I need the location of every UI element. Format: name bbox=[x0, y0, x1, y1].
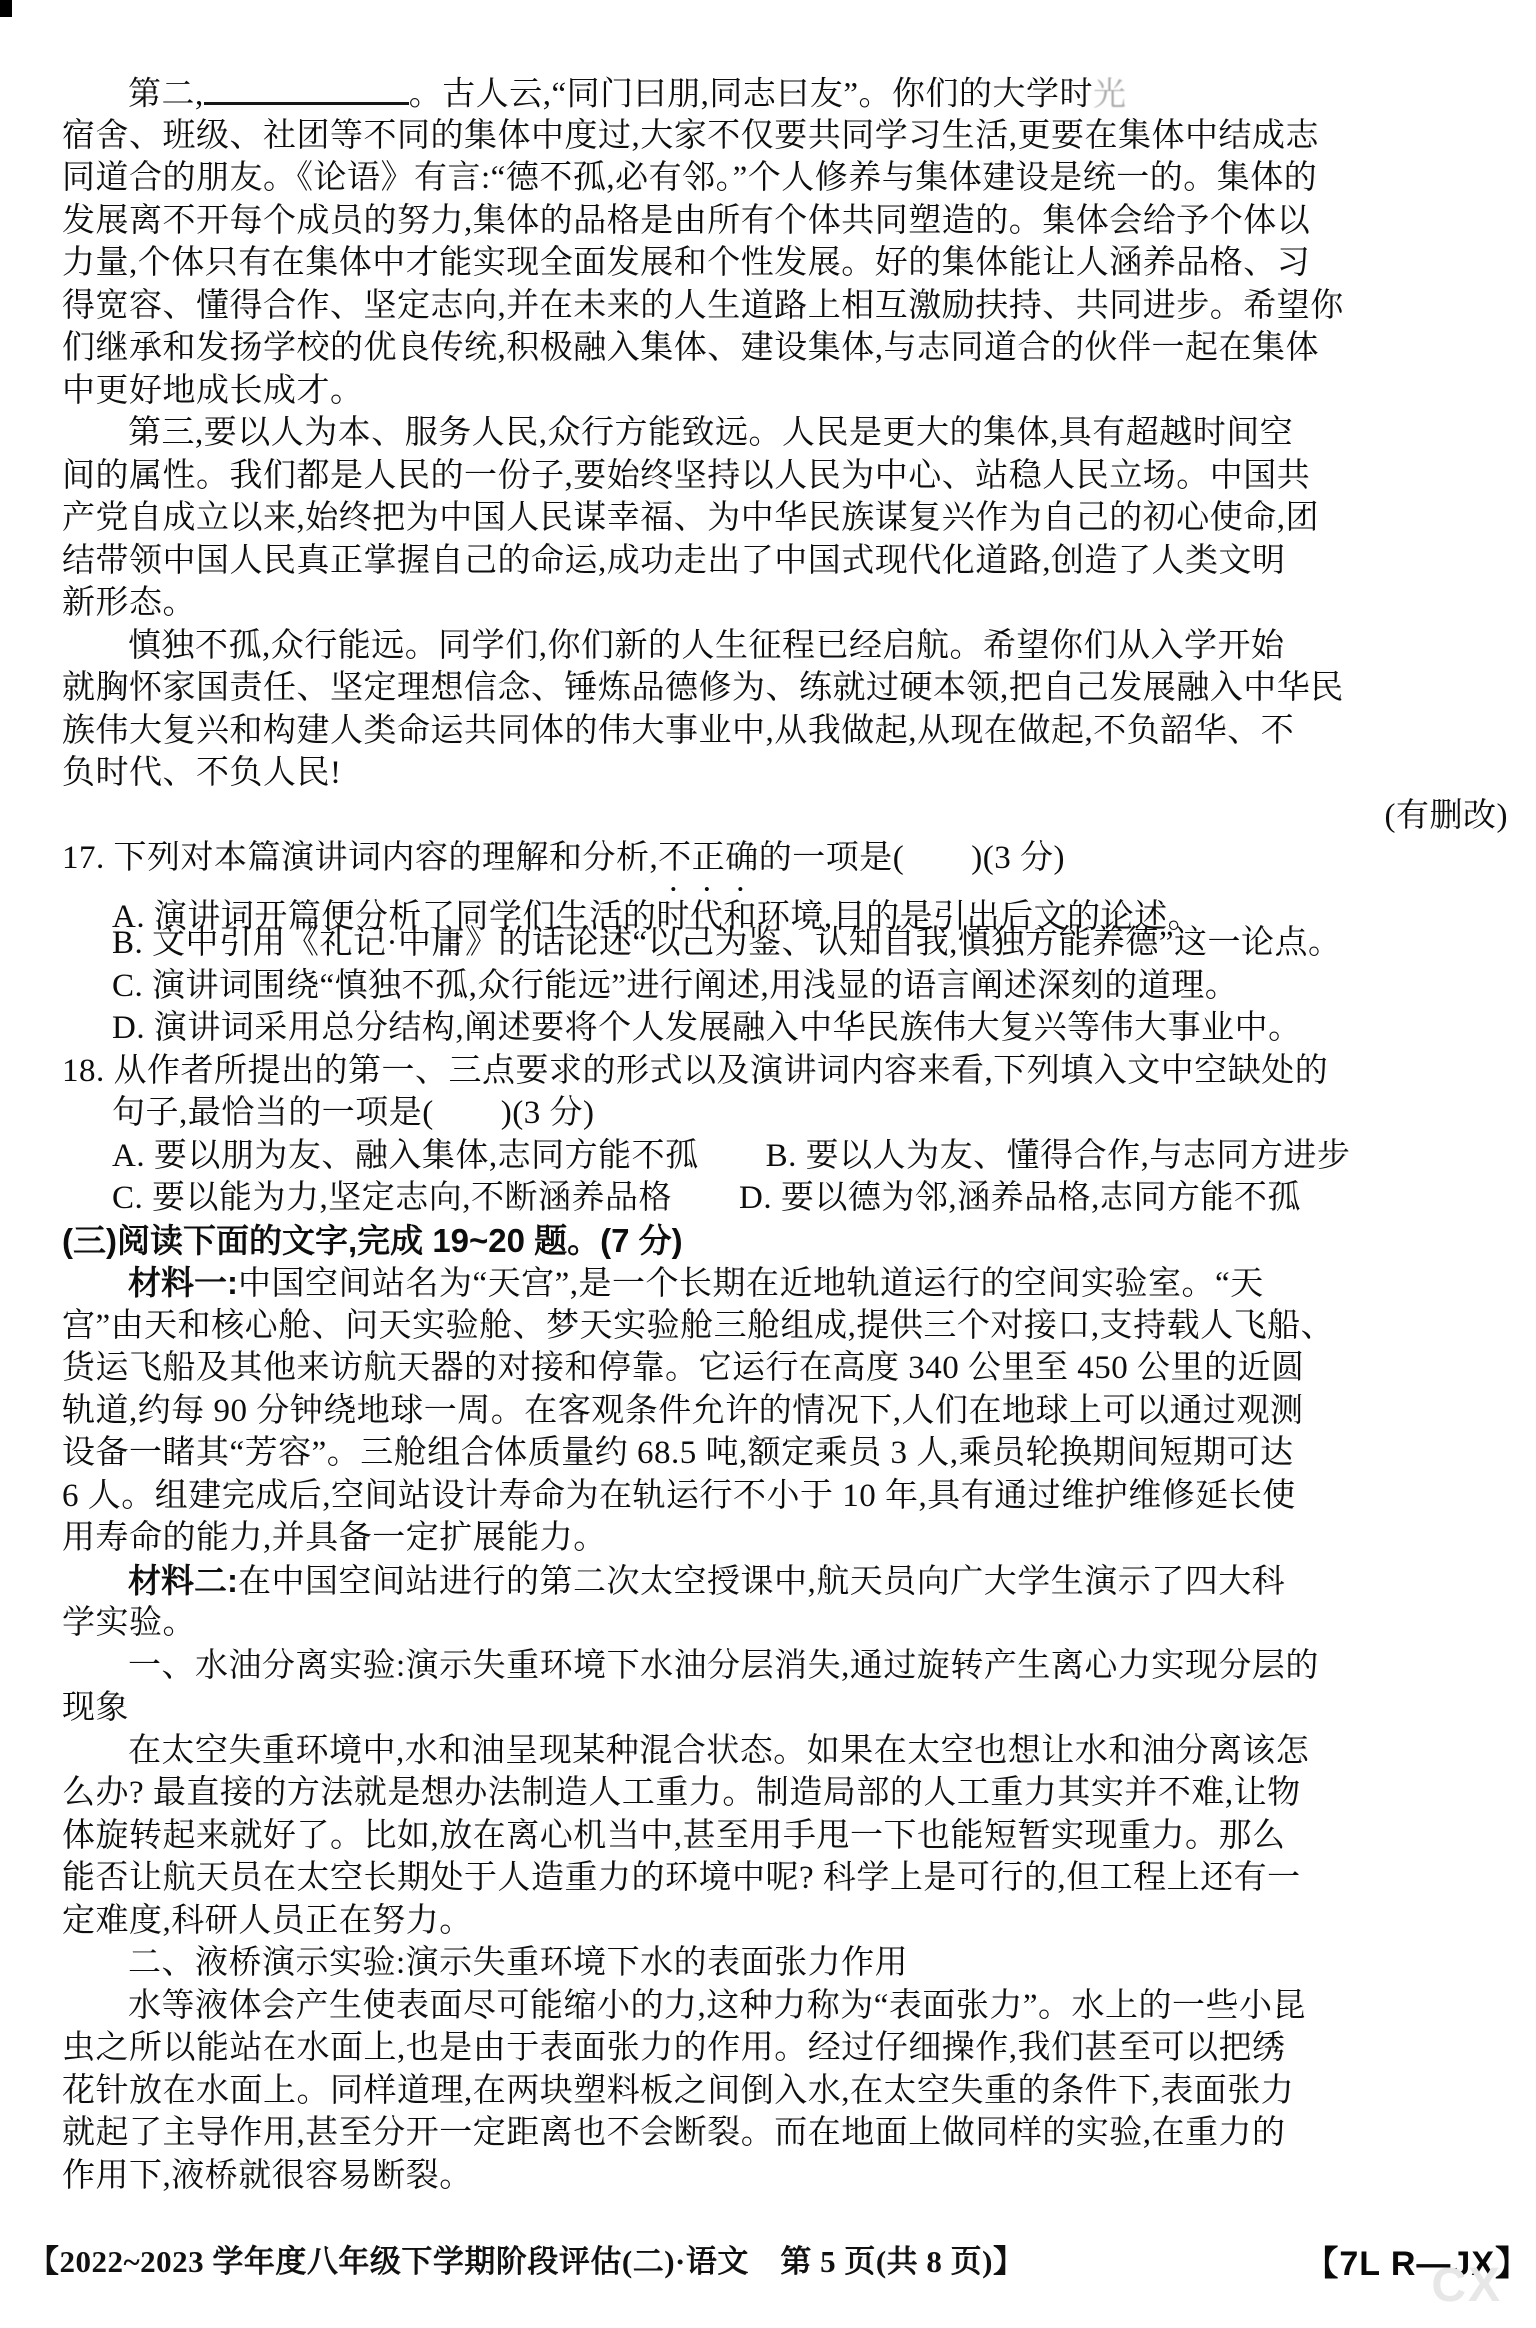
text-line: 材料二:在中国空间站进行的第二次太空授课中,航天员向广大学生演示了四大科 bbox=[62, 1560, 1514, 1603]
text-line: 第二,。古人云,“同门曰朋,同志曰友”。你们的大学时光 bbox=[62, 72, 1514, 115]
text-line: 族伟大复兴和构建人类命运共同体的伟大事业中,从我做起,从现在做起,不负韶华、不 bbox=[62, 710, 1514, 753]
exam-page: 第二,。古人云,“同门曰朋,同志曰友”。你们的大学时光宿舍、班级、社团等不同的集… bbox=[0, 0, 1536, 2328]
body-text: 得宽容、懂得合作、坚定志向,并在未来的人生道路上相互激励扶持、共同进步。希望你 bbox=[62, 288, 1344, 324]
body-text: 宫”由天和核心舱、问天实验舱、梦天实验舱三舱组成,提供三个对接口,支持载人飞船、 bbox=[62, 1308, 1334, 1344]
body-text: 能否让航天员在太空长期处于人造重力的环境中呢? 科学上是可行的,但工程上还有一 bbox=[62, 1860, 1301, 1896]
text-line: 宿舍、班级、社团等不同的集体中度过,大家不仅要共同学习生活,更要在集体中结成志 bbox=[62, 115, 1514, 158]
body-text: D. 演讲词采用总分结构,阐述要将个人发展融入中华民族伟大复兴等伟大事业中。 bbox=[112, 1010, 1302, 1046]
body-text: 体旋转起来就好了。比如,放在离心机当中,甚至用手甩一下也能短暂实现重力。那么 bbox=[62, 1818, 1286, 1854]
body-text: 们继承和发扬学校的优良传统,积极融入集体、建设集体,与志同道合的伙伴一起在集体 bbox=[62, 330, 1319, 366]
body-text: 在中国空间站进行的第二次太空授课中,航天员向广大学生演示了四大科 bbox=[238, 1564, 1285, 1600]
text-line: 18. 从作者所提出的第一、三点要求的形式以及演讲词内容来看,下列填入文中空缺处… bbox=[62, 1050, 1514, 1093]
text-line: 发展离不开每个成员的努力,集体的品格是由所有个体共同塑造的。集体会给予个体以 bbox=[62, 200, 1514, 243]
text-line: 用寿命的能力,并具备一定扩展能力。 bbox=[62, 1517, 1514, 1560]
body-text: C. 演讲词围绕“慎独不孤,众行能远”进行阐述,用浅显的语言阐述深刻的道理。 bbox=[112, 968, 1238, 1004]
faded-text: 光 bbox=[1093, 77, 1127, 113]
text-line: 轨道,约每 90 分钟绕地球一周。在客观条件允许的情况下,人们在地球上可以通过观… bbox=[62, 1390, 1514, 1433]
body-text: 中更好地成长成才。 bbox=[62, 373, 364, 409]
body-text: 么办? 最直接的方法就是想办法制造人工重力。制造局部的人工重力其实并不难,让物 bbox=[62, 1775, 1301, 1811]
body-text: 就起了主导作用,甚至分开一定距离也不会断裂。而在地面上做同样的实验,在重力的 bbox=[62, 2115, 1286, 2151]
body-text: 货运飞船及其他来访航天器的对接和停靠。它运行在高度 340 公里至 450 公里… bbox=[62, 1350, 1305, 1386]
text-line: C. 演讲词围绕“慎独不孤,众行能远”进行阐述,用浅显的语言阐述深刻的道理。 bbox=[62, 965, 1514, 1008]
bold-text: 材料二: bbox=[128, 1562, 238, 1599]
text-line: 17. 下列对本篇演讲词内容的理解和分析,不正确的一项是( )(3 分) bbox=[62, 837, 1514, 880]
text-line: 水等液体会产生使表面尽可能缩小的力,这种力称为“表面张力”。水上的一些小昆 bbox=[62, 1985, 1514, 2028]
body-text: 花针放在水面上。同样道理,在两块塑料板之间倒入水,在太空失重的条件下,表面张力 bbox=[62, 2073, 1294, 2109]
text-line: 句子,最恰当的一项是( )(3 分) bbox=[62, 1092, 1514, 1135]
text-line: 设备一睹其“芳容”。三舱组合体质量约 68.5 吨,额定乘员 3 人,乘员轮换期… bbox=[62, 1432, 1514, 1475]
body-text: 慎独不孤,众行能远。同学们,你们新的人生征程已经启航。希望你们从入学开始 bbox=[128, 628, 1285, 664]
body-text: 族伟大复兴和构建人类命运共同体的伟大事业中,从我做起,从现在做起,不负韶华、不 bbox=[62, 713, 1294, 749]
body-text: B. 文中引用《礼记·中庸》的话论述“以己为鉴、认知自我,慎独方能养德”这一论点… bbox=[112, 925, 1342, 961]
body-text: 。古人云,“同门曰朋,同志曰友”。你们的大学时 bbox=[409, 77, 1093, 113]
body-text: 设备一睹其“芳容”。三舱组合体质量约 68.5 吨,额定乘员 3 人,乘员轮换期… bbox=[62, 1435, 1294, 1471]
body-text: 第二, bbox=[128, 77, 204, 113]
body-text: 产党自成立以来,始终把为中国人民谋幸福、为中华民族谋复兴作为自己的初心使命,团 bbox=[62, 500, 1319, 536]
text-line: A. 要以朋为友、融入集体,志同方能不孤 B. 要以人为友、懂得合作,与志同方进… bbox=[62, 1135, 1514, 1178]
text-line: 间的属性。我们都是人民的一份子,要始终坚持以人民为中心、站稳人民立场。中国共 bbox=[62, 455, 1514, 498]
text-block: 第二,。古人云,“同门曰朋,同志曰友”。你们的大学时光宿舍、班级、社团等不同的集… bbox=[62, 72, 1514, 2197]
text-line: 货运飞船及其他来访航天器的对接和停靠。它运行在高度 340 公里至 450 公里… bbox=[62, 1347, 1514, 1390]
text-line: D. 演讲词采用总分结构,阐述要将个人发展融入中华民族伟大复兴等伟大事业中。 bbox=[62, 1007, 1514, 1050]
body-text: 力量,个体只有在集体中才能实现全面发展和个性发展。好的集体能让人涵养品格、习 bbox=[62, 245, 1310, 281]
body-text: 结带领中国人民真正掌握自己的命运,成功走出了中国式现代化道路,创造了人类文明 bbox=[62, 543, 1286, 579]
body-text: 一、水油分离实验:演示失重环境下水油分层消失,通过旋转产生离心力实现分层的 bbox=[128, 1648, 1319, 1684]
watermark: CX bbox=[1431, 2258, 1502, 2313]
text-line: (三)阅读下面的文字,完成 19~20 题。(7 分) bbox=[62, 1220, 1514, 1263]
text-line: 体旋转起来就好了。比如,放在离心机当中,甚至用手甩一下也能短暂实现重力。那么 bbox=[62, 1815, 1514, 1858]
text-line: 能否让航天员在太空长期处于人造重力的环境中呢? 科学上是可行的,但工程上还有一 bbox=[62, 1857, 1514, 1900]
scan-artifact-corner bbox=[0, 0, 12, 17]
text-line: 产党自成立以来,始终把为中国人民谋幸福、为中华民族谋复兴作为自己的初心使命,团 bbox=[62, 497, 1514, 540]
text-line: 慎独不孤,众行能远。同学们,你们新的人生征程已经启航。希望你们从入学开始 bbox=[62, 625, 1514, 668]
text-line: 作用下,液桥就很容易断裂。 bbox=[62, 2155, 1514, 2198]
page-footer: 【2022~2023 学年度八年级下学期阶段评估(二)·语文 第 5 页(共 8… bbox=[0, 2236, 1536, 2285]
text-line: 就胸怀家国责任、坚定理想信念、锤炼品德修为、练就过硬本领,把自己发展融入中华民 bbox=[62, 667, 1514, 710]
body-text: A. 要以朋为友、融入集体,志同方能不孤 B. 要以人为友、懂得合作,与志同方进… bbox=[112, 1138, 1350, 1174]
bold-text: 材料一: bbox=[128, 1264, 238, 1301]
text-line: 第三,要以人为本、服务人民,众行方能致远。人民是更大的集体,具有超越时间空 bbox=[62, 412, 1514, 455]
bold-text: (三)阅读下面的文字,完成 19~20 题。(7 分) bbox=[62, 1222, 683, 1259]
body-text: 在太空失重环境中,水和油呈现某种混合状态。如果在太空也想让水和油分离该怎 bbox=[128, 1733, 1309, 1769]
body-text: (有删改) bbox=[1385, 798, 1508, 834]
text-line: 花针放在水面上。同样道理,在两块塑料板之间倒入水,在太空失重的条件下,表面张力 bbox=[62, 2070, 1514, 2113]
text-line: 负时代、不负人民! bbox=[62, 752, 1514, 795]
text-line: 6 人。组建完成后,空间站设计寿命为在轨运行不小于 10 年,具有通过维护维修延… bbox=[62, 1475, 1514, 1518]
body-text: 中国空间站名为“天宫”,是一个长期在近地轨道运行的空间实验室。“天 bbox=[238, 1266, 1264, 1302]
body-text: C. 要以能为力,坚定志向,不断涵养品格 D. 要以德为邻,涵养品格,志同方能不… bbox=[112, 1180, 1301, 1216]
body-text: 发展离不开每个成员的努力,集体的品格是由所有个体共同塑造的。集体会给予个体以 bbox=[62, 203, 1310, 239]
text-line: 就起了主导作用,甚至分开一定距离也不会断裂。而在地面上做同样的实验,在重力的 bbox=[62, 2112, 1514, 2155]
body-text: 二、液桥演示实验:演示失重环境下水的表面张力作用 bbox=[128, 1945, 908, 1981]
body-text: 虫之所以能站在水面上,也是由于表面张力的作用。经过仔细操作,我们甚至可以把绣 bbox=[62, 2030, 1286, 2066]
body-text: 用寿命的能力,并具备一定扩展能力。 bbox=[62, 1520, 607, 1556]
footer-exam-info: 【2022~2023 学年度八年级下学期阶段评估(二)·语文 第 5 页(共 8… bbox=[28, 2236, 1025, 2281]
body-text: 作用下,液桥就很容易断裂。 bbox=[62, 2158, 473, 2194]
body-text: 句子,最恰当的一项是( )(3 分) bbox=[112, 1095, 594, 1131]
body-text: 第三,要以人为本、服务人民,众行方能致远。人民是更大的集体,具有超越时间空 bbox=[128, 415, 1293, 451]
text-line: 们继承和发扬学校的优良传统,积极融入集体、建设集体,与志同道合的伙伴一起在集体 bbox=[62, 327, 1514, 370]
text-line: 新形态。 bbox=[62, 582, 1514, 625]
body-text: 同道合的朋友。《论语》有言:“德不孤,必有邻。”个人修养与集体建设是统一的。集体… bbox=[62, 160, 1317, 196]
body-text: 6 人。组建完成后,空间站设计寿命为在轨运行不小于 10 年,具有通过维护维修延… bbox=[62, 1478, 1296, 1514]
body-text: 轨道,约每 90 分钟绕地球一周。在客观条件允许的情况下,人们在地球上可以通过观… bbox=[62, 1393, 1304, 1429]
text-line: 么办? 最直接的方法就是想办法制造人工重力。制造局部的人工重力其实并不难,让物 bbox=[62, 1772, 1514, 1815]
text-line: C. 要以能为力,坚定志向,不断涵养品格 D. 要以德为邻,涵养品格,志同方能不… bbox=[62, 1177, 1514, 1220]
text-line: 同道合的朋友。《论语》有言:“德不孤,必有邻。”个人修养与集体建设是统一的。集体… bbox=[62, 157, 1514, 200]
text-line: 力量,个体只有在集体中才能实现全面发展和个性发展。好的集体能让人涵养品格、习 bbox=[62, 242, 1514, 285]
text-line: 现象 bbox=[62, 1687, 1514, 1730]
body-text: 17. 下列对本篇演讲词内容的理解和分析,不正确的一项是( )(3 分) bbox=[62, 840, 1065, 876]
body-text: 水等液体会产生使表面尽可能缩小的力,这种力称为“表面张力”。水上的一些小昆 bbox=[128, 1988, 1306, 2024]
text-line: B. 文中引用《礼记·中庸》的话论述“以己为鉴、认知自我,慎独方能养德”这一论点… bbox=[62, 922, 1514, 965]
body-text: 现象 bbox=[62, 1690, 129, 1726]
body-text: 学实验。 bbox=[62, 1605, 196, 1641]
text-line: A. 演讲词开篇便分析了同学们生活的时代和环境,目的是引出后文的论述。 bbox=[62, 880, 1514, 923]
text-line: 在太空失重环境中,水和油呈现某种混合状态。如果在太空也想让水和油分离该怎 bbox=[62, 1730, 1514, 1773]
text-line: 材料一:中国空间站名为“天宫”,是一个长期在近地轨道运行的空间实验室。“天 bbox=[62, 1262, 1514, 1305]
body-text: 负时代、不负人民! bbox=[62, 755, 342, 791]
fill-in-blank bbox=[204, 72, 409, 105]
body-text: 间的属性。我们都是人民的一份子,要始终坚持以人民为中心、站稳人民立场。中国共 bbox=[62, 458, 1310, 494]
text-line: 结带领中国人民真正掌握自己的命运,成功走出了中国式现代化道路,创造了人类文明 bbox=[62, 540, 1514, 583]
text-line: 学实验。 bbox=[62, 1602, 1514, 1645]
text-line: 中更好地成长成才。 bbox=[62, 370, 1514, 413]
text-line: (有删改) bbox=[62, 795, 1514, 838]
body-text: 新形态。 bbox=[62, 585, 196, 621]
body-text: 18. 从作者所提出的第一、三点要求的形式以及演讲词内容来看,下列填入文中空缺处… bbox=[62, 1053, 1328, 1089]
text-line: 二、液桥演示实验:演示失重环境下水的表面张力作用 bbox=[62, 1942, 1514, 1985]
body-text: 宿舍、班级、社团等不同的集体中度过,大家不仅要共同学习生活,更要在集体中结成志 bbox=[62, 118, 1319, 154]
text-line: 虫之所以能站在水面上,也是由于表面张力的作用。经过仔细操作,我们甚至可以把绣 bbox=[62, 2027, 1514, 2070]
body-text: 就胸怀家国责任、坚定理想信念、锤炼品德修为、练就过硬本领,把自己发展融入中华民 bbox=[62, 670, 1344, 706]
body-text: 定难度,科研人员正在努力。 bbox=[62, 1903, 473, 1939]
text-line: 得宽容、懂得合作、坚定志向,并在未来的人生道路上相互激励扶持、共同进步。希望你 bbox=[62, 285, 1514, 328]
text-line: 宫”由天和核心舱、问天实验舱、梦天实验舱三舱组成,提供三个对接口,支持载人飞船、 bbox=[62, 1305, 1514, 1348]
text-line: 定难度,科研人员正在努力。 bbox=[62, 1900, 1514, 1943]
text-line: 一、水油分离实验:演示失重环境下水油分层消失,通过旋转产生离心力实现分层的 bbox=[62, 1645, 1514, 1688]
